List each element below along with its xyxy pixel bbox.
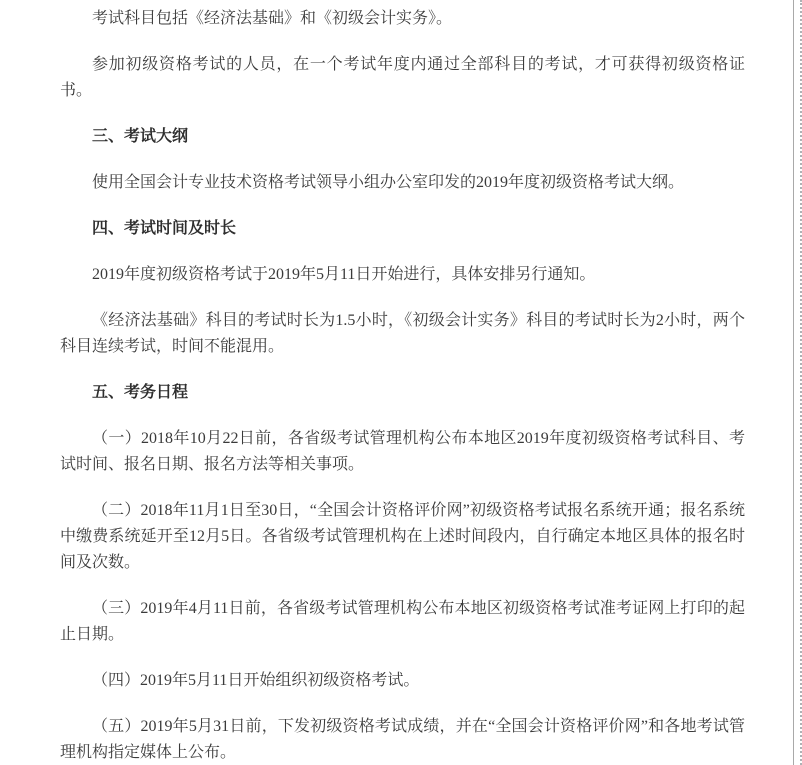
paragraph-schedule-item-2: （二）2018年11月1日至30日，“全国会计资格评价网”初级资格考试报名系统开… — [60, 498, 745, 576]
paragraph-exam-date: 2019年度初级资格考试于2019年5月11日开始进行，具体安排另行通知。 — [60, 262, 745, 288]
section-heading-exam-time: 四、考试时间及时长 — [60, 216, 745, 242]
section-heading-exam-schedule: 五、考务日程 — [60, 380, 745, 406]
paragraph-pass-requirement: 参加初级资格考试的人员，在一个考试年度内通过全部科目的考试，才可获得初级资格证书… — [60, 52, 745, 104]
paragraph-schedule-item-3: （三）2019年4月11日前，各省级考试管理机构公布本地区初级资格考试准考证网上… — [60, 596, 745, 648]
paragraph-schedule-item-5: （五）2019年5月31日前，下发初级资格考试成绩，并在“全国会计资格评价网”和… — [60, 714, 745, 765]
paragraph-exam-duration: 《经济法基础》科目的考试时长为1.5小时，《初级会计实务》科目的考试时长为2小时… — [60, 308, 745, 360]
paragraph-schedule-item-4: （四）2019年5月11日开始组织初级资格考试。 — [60, 668, 745, 694]
section-heading-exam-outline: 三、考试大纲 — [60, 124, 745, 150]
paragraph-outline-detail: 使用全国会计专业技术资格考试领导小组办公室印发的2019年度初级资格考试大纲。 — [60, 170, 745, 196]
right-border-line — [793, 0, 794, 765]
paragraph-exam-subjects: 考试科目包括《经济法基础》和《初级会计实务》。 — [60, 6, 745, 32]
paragraph-schedule-item-1: （一）2018年10月22日前，各省级考试管理机构公布本地区2019年度初级资格… — [60, 426, 745, 478]
document-page: 考试科目包括《经济法基础》和《初级会计实务》。 参加初级资格考试的人员，在一个考… — [0, 0, 802, 765]
